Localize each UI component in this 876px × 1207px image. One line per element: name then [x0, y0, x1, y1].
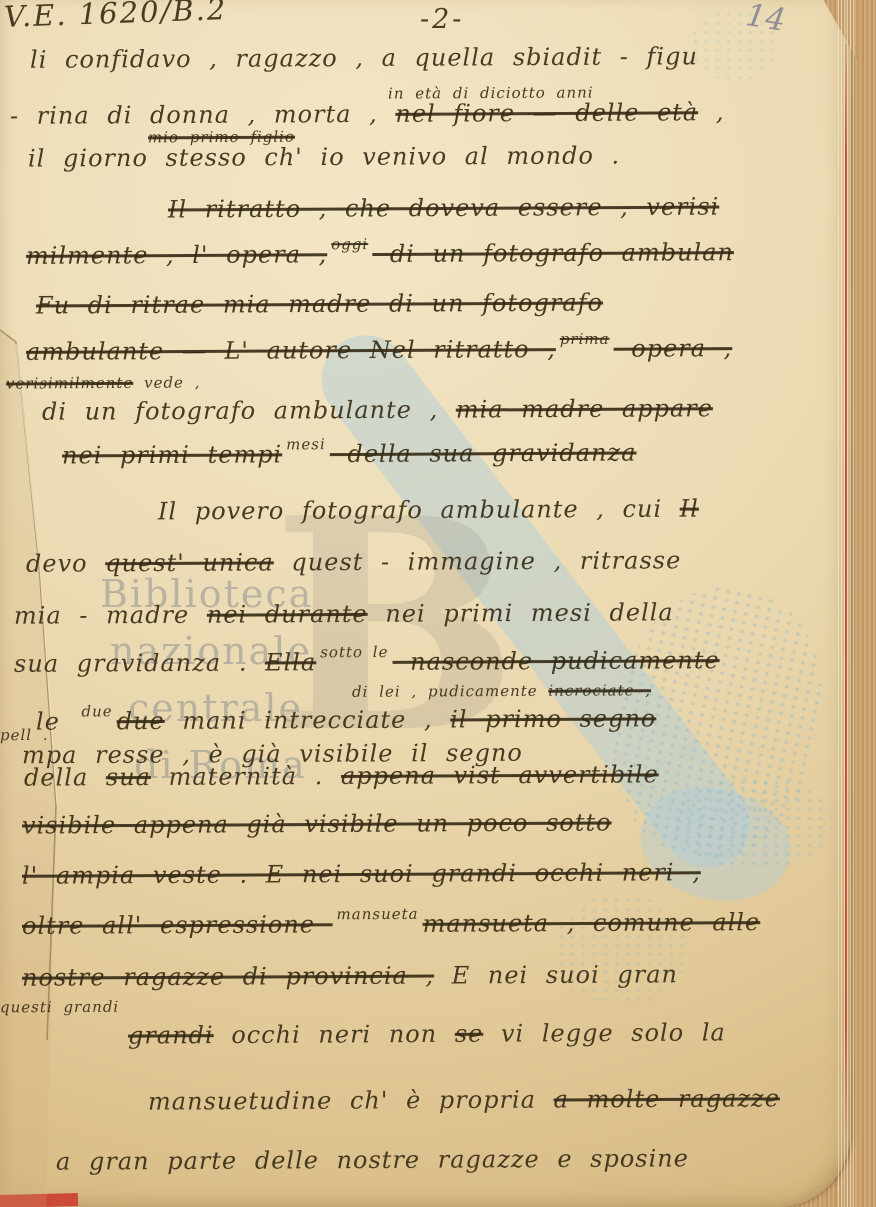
- text-run: ,: [698, 98, 724, 126]
- manuscript-line: visibile appena già visibile un poco sot…: [22, 808, 612, 839]
- manuscript-line: verisimilmente vede ,: [6, 373, 201, 392]
- struck-text-run: sua: [106, 763, 151, 791]
- text-run: di un fotografo ambulante ,: [42, 396, 456, 426]
- manuscript-line: l' ampia veste . E nei suoi grandi occhi…: [22, 858, 701, 890]
- struck-text-run: visibile appena già visibile un poco sot…: [22, 808, 612, 839]
- manuscript-line: le duedue mani intrecciate , il primo se…: [36, 704, 656, 735]
- manuscript-line: mansuetudine ch' è propria a molte ragaz…: [148, 1084, 780, 1115]
- struck-text-run: se: [455, 1020, 484, 1048]
- manuscript-line: sua gravidanza . Ellasotto le nasconde p…: [14, 646, 720, 678]
- manuscript-line: grandi occhi neri non se vi legge solo l…: [128, 1018, 726, 1049]
- manuscript-line: devo quest' unica quest - immagine , rit…: [26, 546, 681, 577]
- insertion-run: mesi: [286, 435, 326, 453]
- struck-text-run: appena vist avvertibile: [341, 760, 659, 790]
- struck-text-run: della sua gravidanza: [330, 438, 637, 468]
- manuscript-line: mia - madre nei durante nei primi mesi d…: [14, 598, 674, 629]
- struck-text-run: opera ,: [614, 334, 733, 363]
- text-run: mansuetudine ch' è propria: [148, 1086, 554, 1116]
- text-run: maternità .: [151, 762, 341, 791]
- manuscript-line: Fu di ritrae mia madre di un fotografo: [36, 289, 603, 320]
- manuscript-line: nostre ragazze di provincia , E nei suoi…: [22, 960, 678, 991]
- manuscript-line: questi grandi: [0, 998, 119, 1017]
- text-run: devo: [26, 549, 105, 577]
- struck-text-run: due: [117, 707, 165, 735]
- struck-text-run: quest' unica: [105, 548, 274, 577]
- text-run: nei primi mesi della: [368, 598, 674, 628]
- text-run: vede ,: [133, 373, 200, 391]
- struck-text-run: Ella: [265, 648, 316, 676]
- struck-text-run: incrociate ,: [548, 681, 651, 700]
- manuscript-line: ambulante — L' autore Nel ritratto ,prim…: [26, 334, 732, 366]
- struck-text-run: Fu di ritrae mia madre di un fotografo: [36, 289, 603, 320]
- text-run: sua gravidanza .: [14, 649, 265, 678]
- text-run: mani intrecciate ,: [165, 705, 451, 734]
- manuscript-line: di un fotografo ambulante , mia madre ap…: [42, 394, 713, 426]
- text-run: - rina di donna , morta ,: [10, 100, 396, 130]
- struck-text-run: milmente , l' opera ,: [26, 240, 327, 270]
- struck-text-run: verisimilmente: [6, 374, 133, 393]
- text-run: vi legge solo la: [483, 1018, 726, 1047]
- manuscript-line: Il ritratto , che doveva essere , verisi: [168, 193, 719, 224]
- struck-text-run: nasconde pudicamente: [392, 646, 719, 676]
- manuscript-line: milmente , l' opera ,oggi di un fotograf…: [26, 238, 734, 270]
- text-run: E nei suoi gran: [434, 960, 678, 989]
- struck-text-run: oltre all' espressione: [22, 910, 333, 940]
- struck-text-run: nostre ragazze di provincia ,: [22, 962, 434, 992]
- struck-text-run: mia madre appare: [456, 394, 713, 423]
- struck-text-run: mansueta , comune alle: [423, 908, 761, 938]
- text-run: quest - immagine , ritrasse: [274, 546, 682, 576]
- insertion-run: sotto le: [320, 643, 388, 661]
- manuscript-line: - rina di donna , morta , nel fiore — de…: [10, 98, 725, 130]
- manuscript-line: della sua maternità . appena vist avvert…: [24, 760, 659, 791]
- manuscript-line: li confidavo , ragazzo , a quella sbiadi…: [30, 42, 698, 73]
- text-run: Il povero fotografo ambulante , cui: [158, 495, 680, 526]
- manuscript-line: Il povero fotografo ambulante , cui Il: [158, 495, 699, 526]
- struck-text-run: prima: [560, 330, 610, 348]
- struck-text-run: nel fiore — delle età: [395, 98, 698, 128]
- struck-text-run: nei durante: [207, 600, 368, 629]
- text-run: li confidavo , ragazzo , a quella sbiadi…: [30, 42, 698, 73]
- text-run: mia - madre: [14, 601, 207, 630]
- text-run: della: [24, 763, 106, 791]
- manuscript-line: a gran parte delle nostre ragazze e spos…: [56, 1144, 689, 1175]
- manuscript-line: oltre all' espressione mansuetamansueta …: [22, 908, 760, 940]
- struck-text-run: Il ritratto , che doveva essere , verisi: [168, 193, 719, 224]
- struck-text-run: tempi: [207, 440, 282, 468]
- struck-text-run: nei primi: [62, 441, 208, 470]
- struck-text-run: il primo segno: [450, 704, 656, 733]
- struck-text-run: l' ampia veste . E nei suoi grandi occhi…: [22, 858, 701, 890]
- struck-text-run: di un fotografo ambulan: [372, 238, 734, 268]
- text-run: occhi neri non: [214, 1020, 455, 1049]
- manuscript-lines: li confidavo , ragazzo , a quella sbiadi…: [0, 0, 850, 1207]
- struck-text-run: oggi: [331, 235, 368, 253]
- manuscript-line: nei primi tempimesi della sua gravidanza: [62, 438, 637, 469]
- insertion-run: mansueta: [336, 905, 418, 923]
- manuscript-scan: { "header": { "archive_mark": "V.E. 1620…: [0, 0, 876, 1207]
- text-run: di lei , pudicamente: [352, 682, 548, 701]
- text-run: il giorno stesso ch' io venivo al mondo …: [28, 141, 620, 172]
- struck-text-run: Il: [680, 495, 699, 523]
- text-run: a gran parte delle nostre ragazze e spos…: [56, 1144, 689, 1175]
- insertion-run: due: [81, 702, 112, 720]
- manuscript-line: di lei , pudicamente incrociate ,: [352, 681, 651, 701]
- text-run: questi grandi: [0, 998, 119, 1017]
- manuscript-line: il giorno stesso ch' io venivo al mondo …: [28, 141, 620, 172]
- struck-text-run: a molte ragazze: [554, 1084, 780, 1113]
- struck-text-run: ambulante — L' autore Nel ritratto ,: [26, 335, 556, 366]
- struck-text-run: grandi: [128, 1021, 214, 1049]
